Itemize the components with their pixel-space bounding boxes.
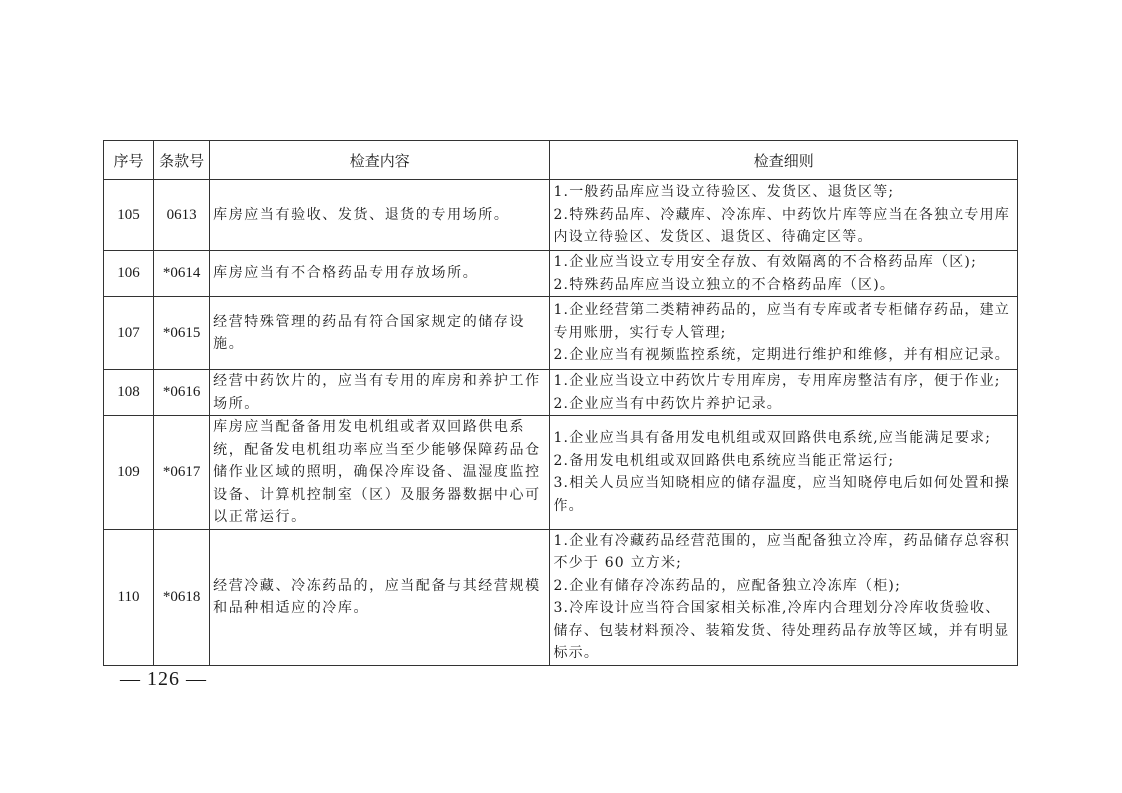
table-row: 107 *0615 经营特殊管理的药品有符合国家规定的储存设施。 1.企业经营第…: [104, 297, 1018, 370]
detail-item: 1.企业有冷藏药品经营范围的，应当配备独立冷库，药品储存总容积不少于 60 立方…: [553, 530, 1014, 575]
header-details: 检查细则: [550, 141, 1018, 180]
detail-item: 2.特殊药品库应当设立独立的不合格药品库（区)。: [553, 274, 1014, 297]
detail-item: 2.特殊药品库、冷藏库、冷冻库、中药饮片库等应当在各独立专用库内设立待验区、发货…: [553, 204, 1014, 249]
row-details: 1.企业应当设立专用安全存放、有效隔离的不合格药品库（区); 2.特殊药品库应当…: [550, 251, 1018, 297]
detail-item: 2.企业应当有视频监控系统，定期进行维护和维修，并有相应记录。: [553, 344, 1014, 367]
detail-item: 2.企业应当有中药饮片养护记录。: [553, 393, 1014, 416]
row-seq: 109: [104, 416, 154, 530]
table-row: 106 *0614 库房应当有不合格药品专用存放场所。 1.企业应当设立专用安全…: [104, 251, 1018, 297]
table-row: 108 *0616 经营中药饮片的，应当有专用的库房和养护工作场所。 1.企业应…: [104, 370, 1018, 416]
detail-item: 2.备用发电机组或双回路供电系统应当能正常运行;: [553, 450, 1014, 473]
header-clause: 条款号: [154, 141, 210, 180]
table-row: 110 *0618 经营冷藏、冷冻药品的，应当配备与其经营规模和品种相适应的冷库…: [104, 529, 1018, 665]
header-content: 检查内容: [210, 141, 550, 180]
row-details: 1.企业应当设立中药饮片专用库房，专用库房整洁有序，便于作业; 2.企业应当有中…: [550, 370, 1018, 416]
row-seq: 108: [104, 370, 154, 416]
row-content: 库房应当配备备用发电机组或者双回路供电系统，配备发电机组功率应当至少能够保障药品…: [210, 416, 550, 530]
row-content: 库房应当有不合格药品专用存放场所。: [210, 251, 550, 297]
row-clause: *0616: [154, 370, 210, 416]
row-seq: 105: [104, 180, 154, 251]
table-row: 109 *0617 库房应当配备备用发电机组或者双回路供电系统，配备发电机组功率…: [104, 416, 1018, 530]
detail-item: 1.企业应当具有备用发电机组或双回路供电系统,应当能满足要求;: [553, 427, 1014, 450]
table-row: 105 0613 库房应当有验收、发货、退货的专用场所。 1.一般药品库应当设立…: [104, 180, 1018, 251]
detail-item: 1.一般药品库应当设立待验区、发货区、退货区等;: [553, 181, 1014, 204]
row-seq: 107: [104, 297, 154, 370]
detail-item: 1.企业应当设立专用安全存放、有效隔离的不合格药品库（区);: [553, 251, 1014, 274]
row-clause: 0613: [154, 180, 210, 251]
row-seq: 110: [104, 529, 154, 665]
detail-item: 1.企业经营第二类精神药品的，应当有专库或者专柜储存药品，建立专用账册，实行专人…: [553, 299, 1014, 344]
detail-item: 2.企业有储存冷冻药品的，应配备独立冷冻库（柜);: [553, 575, 1014, 598]
row-content: 经营特殊管理的药品有符合国家规定的储存设施。: [210, 297, 550, 370]
row-clause: *0614: [154, 251, 210, 297]
row-details: 1.企业经营第二类精神药品的，应当有专库或者专柜储存药品，建立专用账册，实行专人…: [550, 297, 1018, 370]
detail-item: 3.冷库设计应当符合国家相关标准,冷库内合理划分冷库收货验收、储存、包装材料预冷…: [553, 597, 1014, 665]
row-details: 1.企业应当具有备用发电机组或双回路供电系统,应当能满足要求; 2.备用发电机组…: [550, 416, 1018, 530]
inspection-table: 序号 条款号 检查内容 检查细则 105 0613 库房应当有验收、发货、退货的…: [103, 140, 1018, 666]
table-header-row: 序号 条款号 检查内容 检查细则: [104, 141, 1018, 180]
row-clause: *0615: [154, 297, 210, 370]
row-content: 经营中药饮片的，应当有专用的库房和养护工作场所。: [210, 370, 550, 416]
row-details: 1.一般药品库应当设立待验区、发货区、退货区等; 2.特殊药品库、冷藏库、冷冻库…: [550, 180, 1018, 251]
detail-item: 3.相关人员应当知晓相应的储存温度，应当知晓停电后如何处置和操作。: [553, 472, 1014, 517]
detail-item: 1.企业应当设立中药饮片专用库房，专用库房整洁有序，便于作业;: [553, 370, 1014, 393]
row-content: 经营冷藏、冷冻药品的，应当配备与其经营规模和品种相适应的冷库。: [210, 529, 550, 665]
row-content: 库房应当有验收、发货、退货的专用场所。: [210, 180, 550, 251]
row-seq: 106: [104, 251, 154, 297]
page-number: — 126 —: [120, 668, 207, 691]
row-clause: *0617: [154, 416, 210, 530]
row-clause: *0618: [154, 529, 210, 665]
row-details: 1.企业有冷藏药品经营范围的，应当配备独立冷库，药品储存总容积不少于 60 立方…: [550, 529, 1018, 665]
header-seq: 序号: [104, 141, 154, 180]
